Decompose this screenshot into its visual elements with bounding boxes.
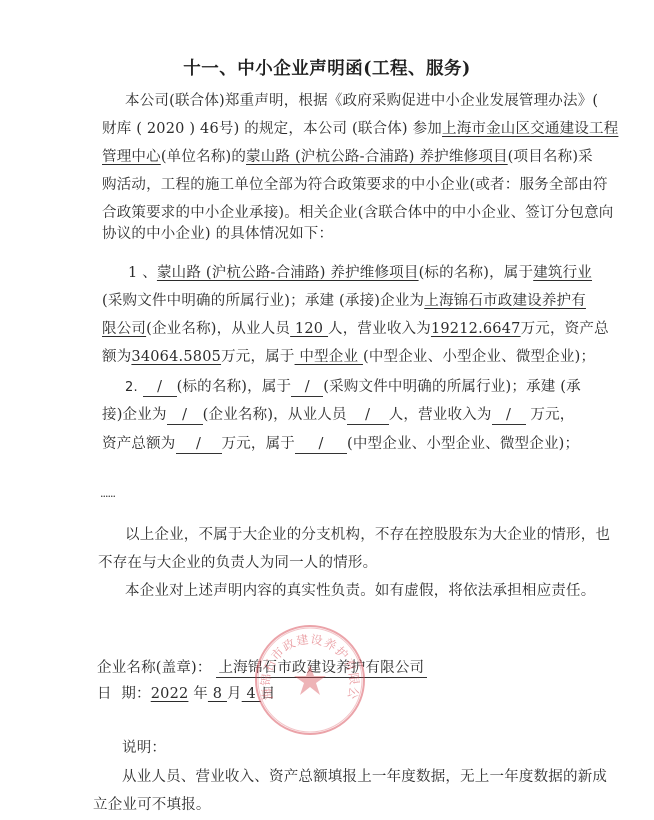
item1-company-cont: 限公司 <box>102 321 146 337</box>
notes-line-2: 立企业可不填报。 <box>93 795 211 815</box>
intro-line-2: 财库 ( 2020 ) 46号) 的规定，本公司 (联合体) 参加上海市金山区交… <box>102 119 618 139</box>
intro-line-4: 购活动，工程的施工单位全部为符合政策要求的中小企业(或者：服务全部由符 <box>102 175 608 195</box>
item2-type-blank: / <box>295 436 347 454</box>
item2-line-2: 接)企业为/(企业名称)，从业人员/人，营业收入为/ 万元， <box>102 405 575 425</box>
item1-assets: 34064.5805 <box>131 349 221 365</box>
date-year: 2022 <box>151 686 189 702</box>
item2-subject-blank: / <box>143 379 177 397</box>
document-title: 十一、中小企业声明函(工程、服务) <box>0 55 654 80</box>
notes-heading: 说明： <box>122 738 166 758</box>
item2-company-blank: / <box>167 407 203 425</box>
item1-line-2: (采购文件中明确的所属行业)；承建 (承接)企业为上海锦石市政建设养护有 <box>102 291 586 311</box>
item2-revenue-blank: / <box>492 407 526 425</box>
item2-employees-blank: / <box>347 407 389 425</box>
item1-line-4: 额为34064.5805万元，属于 中型企业 (中型企业、小型企业、微型企业)； <box>102 347 595 367</box>
purchaser-name: 上海市金山区交通建设工程 <box>442 121 618 137</box>
item2-assets-blank: / <box>176 436 222 454</box>
item1-company: 上海锦石市政建设养护有 <box>424 293 586 309</box>
intro-line-3: 管理中心(单位名称)的蒙山路 (沪杭公路-合浦路) 养护维修项目(项目名称)采 <box>102 147 593 167</box>
intro-line-1: 本公司(联合体)郑重声明，根据《政府采购促进中小企业发展管理办法》( <box>125 91 598 111</box>
signature-date: 日 期：2022 年 8 月 4 日 <box>97 684 275 704</box>
item2-line-1: 2. /(标的名称)，属于/(采购文件中明确的所属行业)；承建 (承 <box>125 377 581 398</box>
company-seal-stamp: 上海锦石市政建设养护有限公司 <box>255 625 365 735</box>
closing-line-3: 本企业对上述声明内容的真实性负责。如有虚假，将依法承担相应责任。 <box>125 581 595 601</box>
item1-revenue: 19212.6647 <box>431 321 521 337</box>
ellipsis: ...... <box>100 484 115 504</box>
svg-text:上海锦石市政建设养护有限公司: 上海锦石市政建设养护有限公司 <box>255 625 361 701</box>
item1-line-1: 1 、蒙山路 (沪杭公路-合浦路) 养护维修项目(标的名称)，属于建筑行业 <box>128 263 592 283</box>
item2-line-3: 资产总额为/万元，属于/(中型企业、小型企业、微型企业)； <box>102 434 579 454</box>
project-name: 蒙山路 (沪杭公路-合浦路) 养护维修项目 <box>246 149 508 165</box>
intro-line-5: 合政策要求的中小企业承接)。相关企业(含联合体中的中小企业、签订分包意向 <box>102 203 614 223</box>
intro-line-6: 协议的中小企业) 的具体情况如下： <box>102 224 333 244</box>
item1-subject: 蒙山路 (沪杭公路-合浦路) 养护维修项目 <box>157 265 419 281</box>
seal-star-icon: 上海锦石市政建设养护有限公司 <box>255 625 365 735</box>
date-month: 8 <box>208 686 227 702</box>
item2-industry-blank: / <box>291 379 323 397</box>
item1-line-3: 限公司(企业名称)，从业人员 120 人，营业收入为19212.6647万元，资… <box>102 319 609 339</box>
item1-enterprise-type: 中型企业 <box>295 349 363 365</box>
closing-line-2: 不存在与大企业的负责人为同一人的情形。 <box>98 553 377 573</box>
item1-employees: 120 <box>290 321 328 337</box>
notes-line-1: 从业人员、营业收入、资产总额填报上一年度数据，无上一年度数据的新成 <box>122 767 607 787</box>
item1-industry: 建筑行业 <box>533 265 592 281</box>
closing-line-1: 以上企业，不属于大企业的分支机构，不存在控股股东为大企业的情形，也 <box>125 525 610 545</box>
purchaser-name-cont: 管理中心 <box>102 149 161 165</box>
